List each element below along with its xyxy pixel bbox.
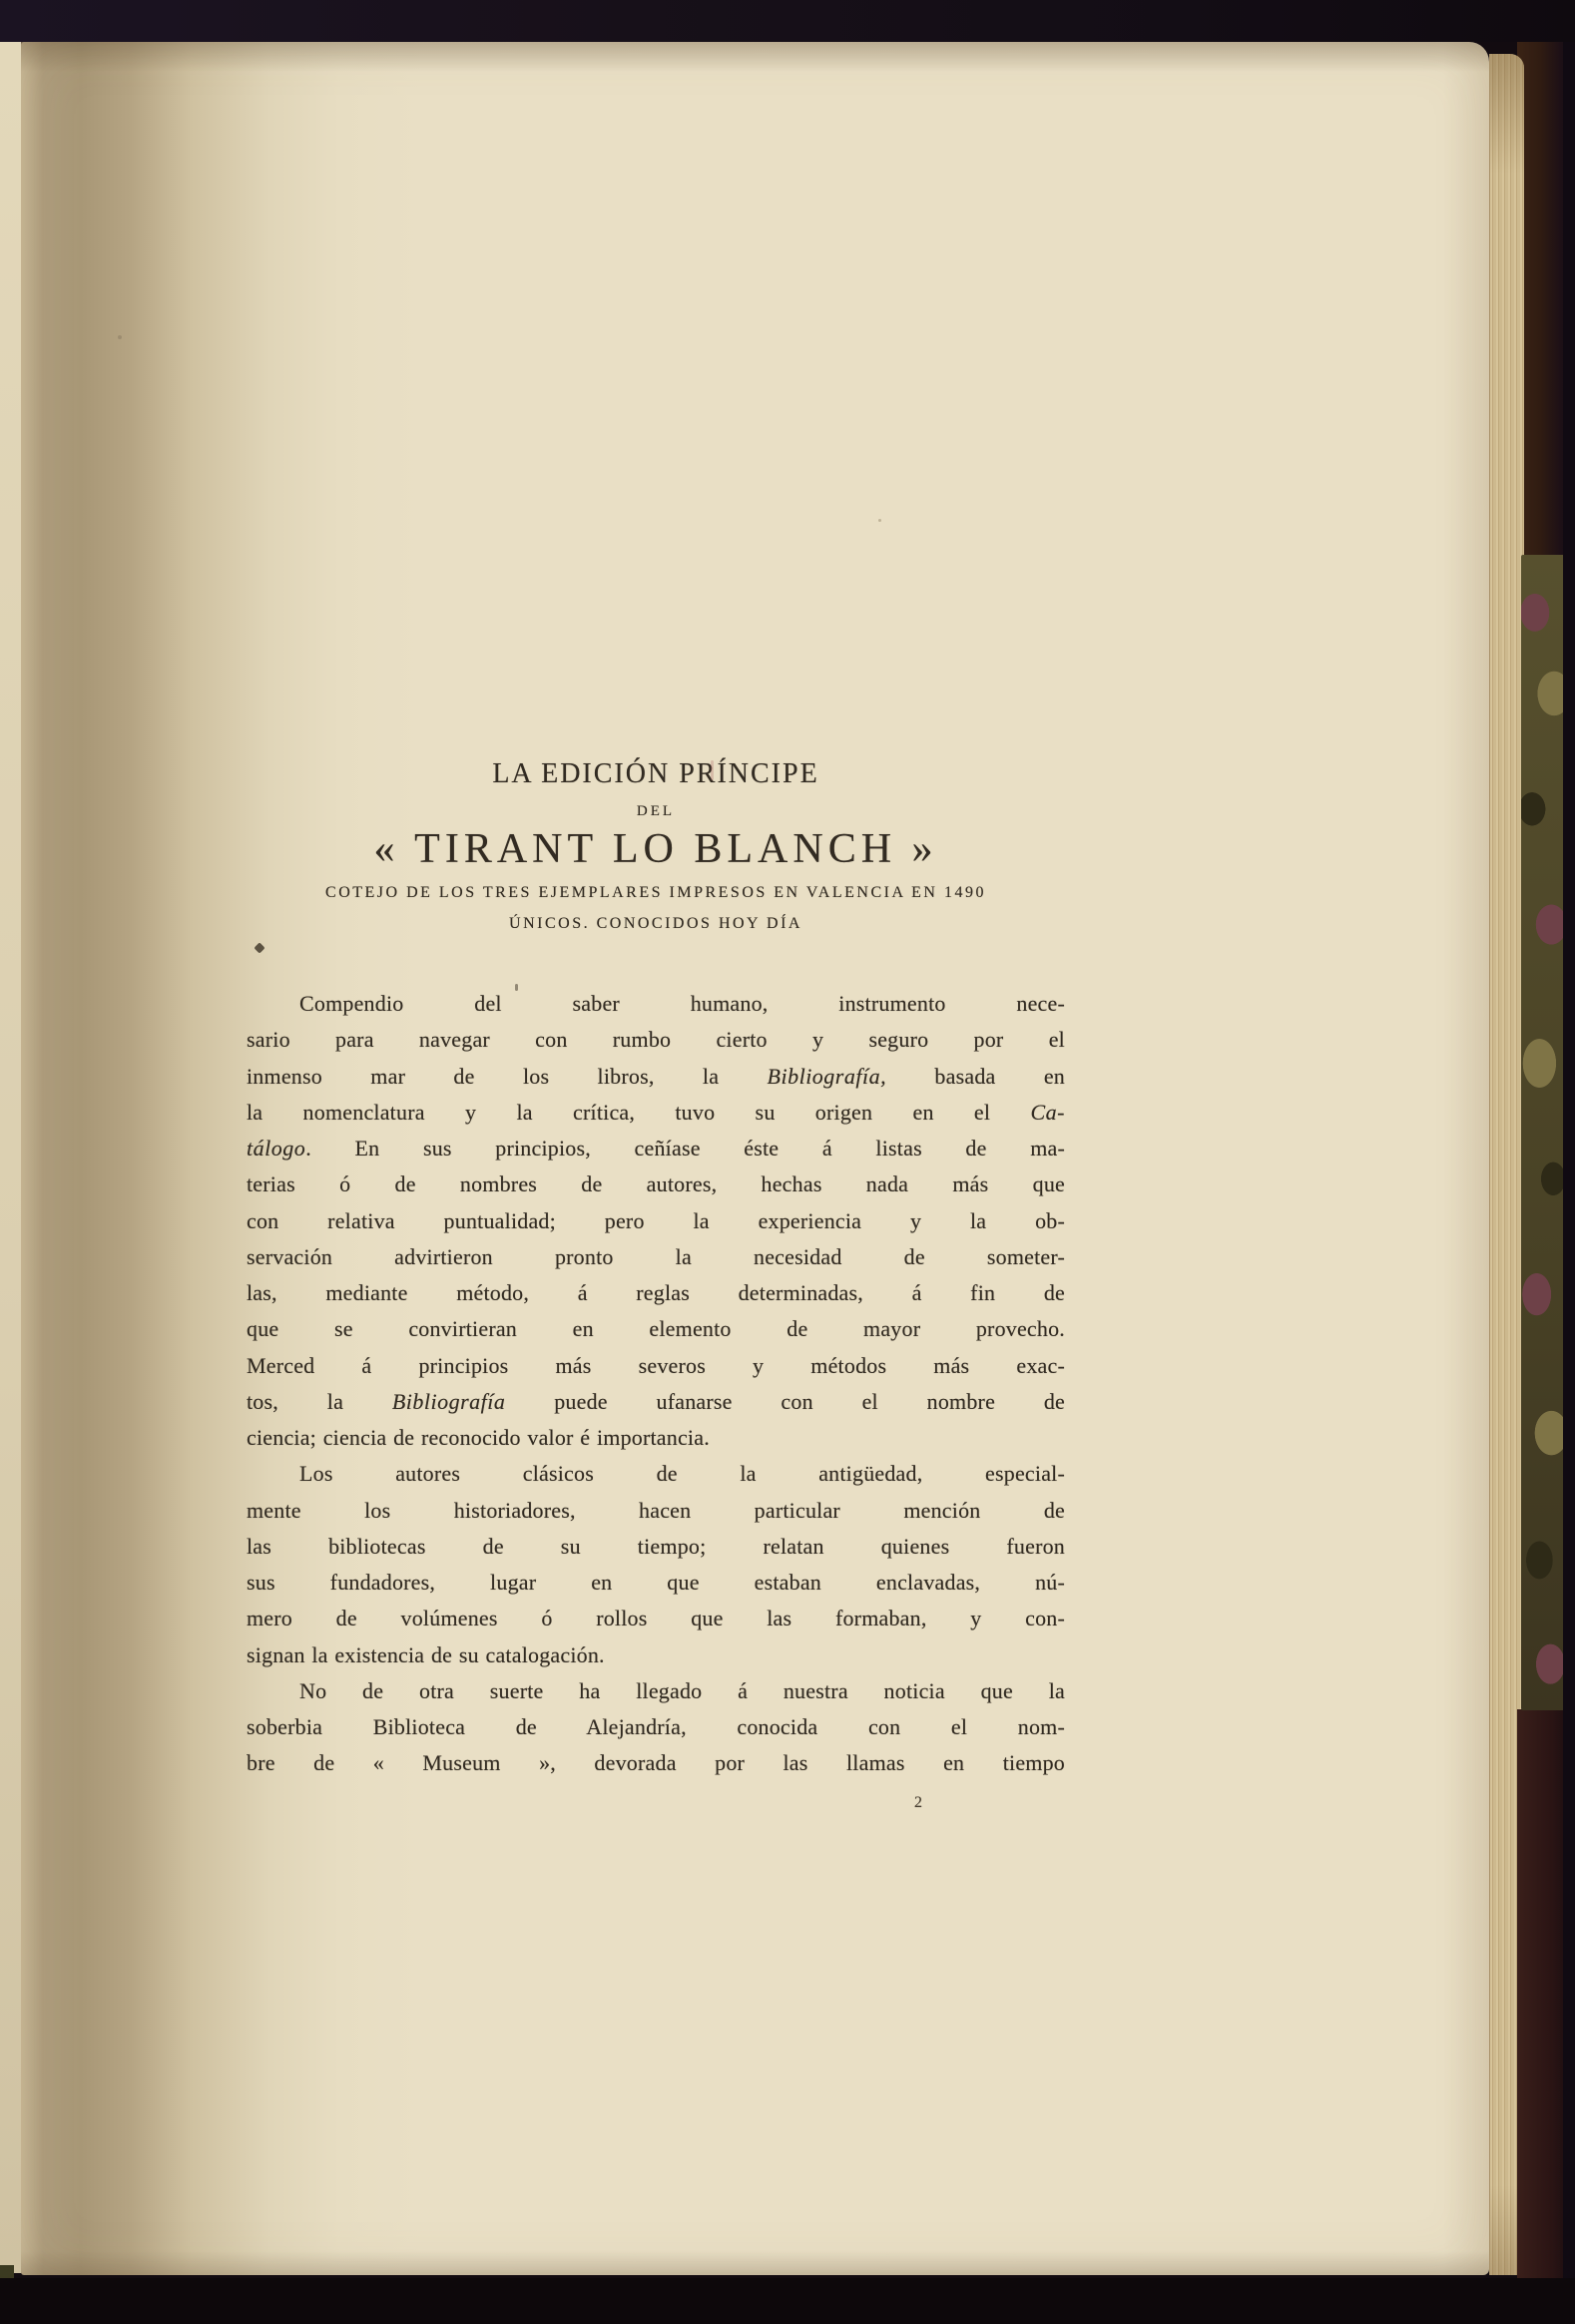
text-line: No de otra suerte ha llegado á nuestra n…	[247, 1673, 1065, 1709]
text-line: Merced á principios más severos y método…	[247, 1348, 1065, 1384]
signature-mark: 2	[914, 1794, 922, 1812]
text-line: tos, la Bibliografía puede ufanarse con …	[247, 1384, 1065, 1420]
dust-spot	[878, 519, 881, 522]
text-line: soberbia Biblioteca de Alejandría, conoc…	[247, 1709, 1065, 1745]
body-text: Compendio del saber humano, instrumento …	[247, 986, 1065, 1782]
page-subtitle-line2: ÚNICOS. CONOCIDOS HOY DÍA	[247, 915, 1065, 933]
text-line: las bibliotecas de su tiempo; relatan qu…	[247, 1529, 1065, 1565]
text-line: servación advirtieron pronto la necesida…	[247, 1239, 1065, 1275]
heading-connector: DEL	[247, 803, 1065, 820]
text-line: inmenso mar de los libros, la Bibliograf…	[247, 1059, 1065, 1095]
text-line: signan la existencia de su catalogación.	[247, 1637, 1065, 1673]
text-line: sario para navegar con rumbo cierto y se…	[247, 1022, 1065, 1058]
text-line: la nomenclatura y la crítica, tuvo su or…	[247, 1095, 1065, 1131]
text-line: con relativa puntualidad; pero la experi…	[247, 1203, 1065, 1239]
text-line: Compendio del saber humano, instrumento …	[247, 986, 1065, 1022]
text-line: terias ó de nombres de autores, hechas n…	[247, 1166, 1065, 1202]
cover-outer-edge	[1563, 0, 1575, 2324]
text-line: bre de « Museum », devorada por las llam…	[247, 1745, 1065, 1781]
text-line: ciencia; ciencia de reconocido valor é i…	[247, 1420, 1065, 1456]
text-line: tálogo. En sus principios, ceñíase éste …	[247, 1131, 1065, 1166]
text-line: sus fundadores, lugar en que estaban enc…	[247, 1565, 1065, 1601]
text-line: mente los historiadores, hacen particula…	[247, 1493, 1065, 1529]
text-line: las, mediante método, á reglas determina…	[247, 1275, 1065, 1311]
cover-top-band	[0, 0, 1575, 42]
text-line: Los autores clásicos de la antigüedad, e…	[247, 1456, 1065, 1492]
book-scan: LA EDICIÓN PRÍNCIPE DEL « TIRANT LO BLAN…	[0, 0, 1575, 2324]
page-title: « TIRANT LO BLANCH »	[247, 825, 1065, 873]
marbled-board-edge	[1521, 555, 1567, 1710]
text-line: que se convirtieran en elemento de mayor…	[247, 1311, 1065, 1347]
red-smudge	[711, 760, 714, 780]
ink-tick	[515, 984, 518, 991]
page-subtitle-line1: COTEJO DE LOS TRES EJEMPLARES IMPRESOS E…	[247, 884, 1065, 902]
cover-bottom-band	[0, 2278, 1575, 2324]
dust-spot	[118, 335, 122, 339]
page-supertitle: LA EDICIÓN PRÍNCIPE	[247, 758, 1065, 790]
text-line: mero de volúmenes ó rollos que las forma…	[247, 1601, 1065, 1636]
